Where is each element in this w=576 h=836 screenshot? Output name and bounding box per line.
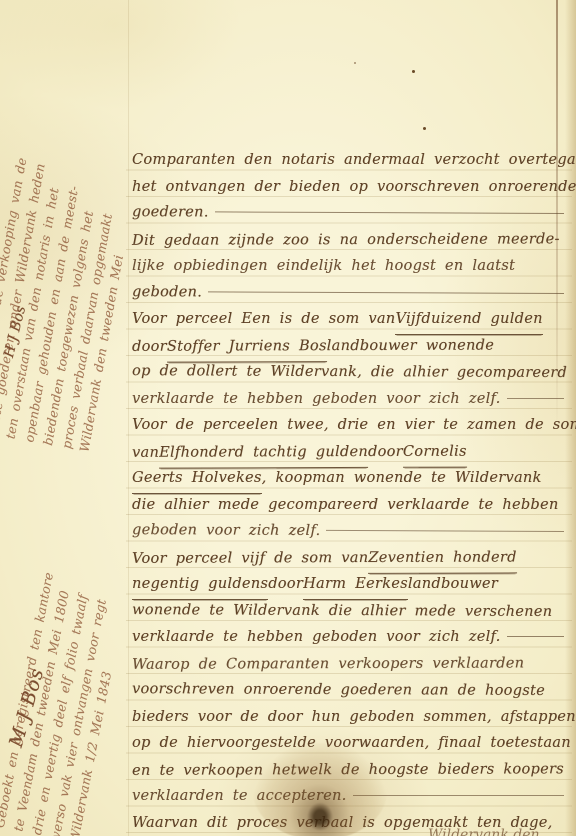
manuscript-line: Voor perceel vijf de som van Zeventien h… — [132, 544, 564, 572]
manuscript-line: die alhier mede gecompareerd verklaarde … — [132, 492, 564, 519]
underlined-phrase: negentig guldens — [132, 571, 268, 600]
text-segment: door — [368, 438, 403, 465]
manuscript-line: geboden voor zich zelf. — [132, 517, 564, 545]
text-segment: door — [132, 333, 167, 360]
text-segment: die alhier mede gecompareerd verklaarde … — [132, 492, 559, 519]
text-segment: Dit gedaan zijnde zoo is na onderscheide… — [132, 226, 560, 254]
deed-body-text: Comparanten den notaris andermaal verzoc… — [132, 147, 564, 836]
text-segment: Voor perceel Een is de som van — [132, 306, 395, 333]
text-segment: geboden voor zich zelf. — [132, 517, 321, 544]
text-segment: van — [132, 439, 159, 466]
text-segment: op de dollert te Wildervank, die alhier … — [132, 358, 567, 386]
text-segment: Comparanten den notaris andermaal verzoc… — [132, 147, 576, 174]
underlined-phrase: Harm Eerkes — [303, 571, 408, 600]
filler-rule — [507, 636, 564, 637]
manuscript-line: goederen. — [132, 199, 564, 227]
text-segment: voorschreven onroerende goederen aan de … — [132, 676, 545, 704]
text-segment: Waarop de Comparanten verkoopers verklaa… — [132, 650, 524, 678]
manuscript-line: Dit gedaan zijnde zoo is na onderscheide… — [132, 226, 564, 254]
text-segment: lijke opbiedingen eindelijk het hoogst e… — [132, 253, 515, 280]
text-segment: verklaarde te hebben geboden voor zich z… — [132, 624, 501, 651]
clipped-bottom-line: Wildervank den — [428, 827, 540, 836]
filler-rule — [326, 530, 564, 532]
ink-stain — [253, 743, 387, 836]
filler-rule — [507, 398, 564, 399]
manuscript-line: door Stoffer Jurriens Bos landbouwer won… — [132, 332, 564, 360]
text-segment: geboden. — [132, 279, 202, 306]
manuscript-line: wonende te Wildervank die alhier mede ve… — [132, 597, 564, 625]
manuscript-line: bieders voor de door hun geboden sommen,… — [132, 704, 564, 731]
manuscript-page: In margine stond: de verkooping van deva… — [0, 0, 576, 836]
text-segment: Voor de perceelen twee, drie en vier te … — [132, 412, 576, 439]
manuscript-line: lijke opbiedingen eindelijk het hoogst e… — [132, 253, 564, 280]
text-segment: , koopman wonende te Wildervank — [262, 465, 542, 492]
manuscript-line: Voor de perceelen twee, drie en vier te … — [132, 412, 564, 439]
manuscript-line: Geerts Holvekes, koopman wonende te Wild… — [132, 465, 564, 492]
manuscript-line: Waarop de Comparanten verkoopers verklaa… — [132, 650, 564, 678]
underlined-phrase: Geerts Holvekes — [132, 465, 262, 494]
manuscript-line: Voor perceel Een is de som van Vijfduize… — [132, 306, 564, 333]
text-segment: landbouwer wonende — [327, 332, 495, 359]
manuscript-line: het ontvangen der bieden op voorschreven… — [132, 174, 564, 201]
text-segment: bieders voor de door hun geboden sommen,… — [132, 704, 576, 731]
text-segment: wonende te Wildervank die alhier mede ve… — [132, 597, 552, 625]
manuscript-line: op de dollert te Wildervank, die alhier … — [132, 358, 564, 386]
manuscript-line: verklaarde te hebben geboden voor zich z… — [132, 624, 564, 651]
text-segment: goederen. — [132, 199, 209, 226]
underlined-phrase: Vijfduizend gulden — [395, 306, 542, 335]
underlined-phrase: Elfhonderd tachtig gulden — [159, 438, 368, 467]
text-segment: verklaarde te hebben geboden voor zich z… — [132, 386, 501, 413]
underlined-phrase: Stoffer Jurriens Bos — [167, 333, 327, 362]
manuscript-line: verklaarde te hebben geboden voor zich z… — [132, 386, 564, 413]
filler-rule — [215, 211, 564, 214]
text-segment: het ontvangen der bieden op voorschreven… — [132, 174, 576, 201]
underlined-phrase: Zeventien honderd — [368, 544, 516, 573]
manuscript-line: geboden. — [132, 279, 564, 307]
text-segment: door — [268, 571, 303, 598]
manuscript-line: van Elfhonderd tachtig gulden door Corne… — [132, 438, 564, 466]
manuscript-line: Comparanten den notaris andermaal verzoc… — [132, 147, 564, 174]
manuscript-line: voorschreven onroerende goederen aan de … — [132, 676, 564, 704]
ink-speck — [412, 70, 415, 73]
filler-rule — [208, 291, 564, 294]
ink-speck — [354, 62, 356, 64]
text-segment: Voor perceel vijf de som van — [132, 544, 368, 571]
text-segment: landbouwer — [408, 571, 498, 598]
manuscript-line: negentig guldens door Harm Eerkes landbo… — [132, 571, 564, 598]
underlined-phrase: Cornelis — [403, 438, 467, 467]
ink-speck — [423, 127, 426, 130]
